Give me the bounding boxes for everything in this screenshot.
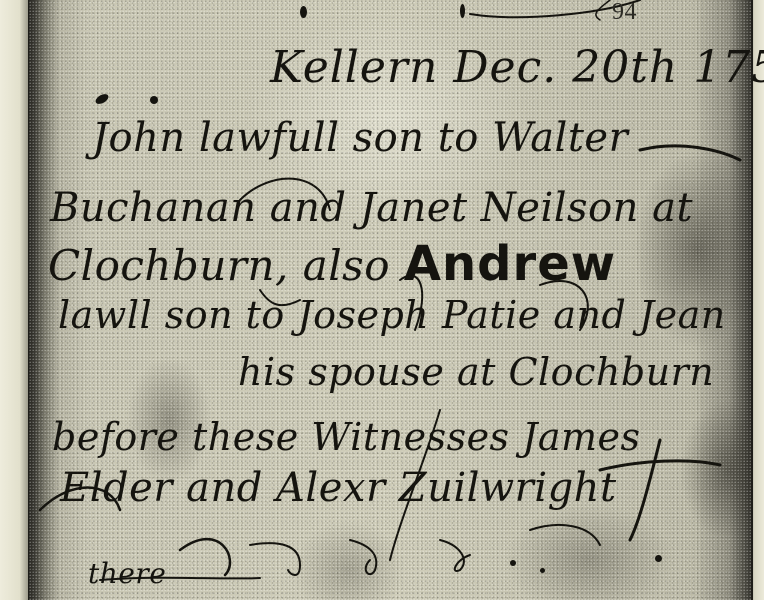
text-line-8: there	[88, 560, 166, 588]
ink-blot	[300, 6, 307, 18]
ink-blot	[540, 568, 545, 573]
text-line-3: Clochburn, also Andrew	[48, 240, 616, 288]
ink-blot	[460, 4, 465, 18]
ink-blot	[655, 555, 662, 562]
text-line-4: lawll son to Joseph Patie and Jean	[58, 296, 726, 334]
scanned-document: 94 Kellern Dec. 20th 1750 John lawfull s…	[0, 0, 764, 600]
ink-blot	[510, 560, 516, 566]
entry-header: Kellern Dec. 20th 1750	[270, 46, 764, 90]
text-line-2: Buchanan and Janet Neilson at	[50, 188, 693, 228]
text-line-3-start: Clochburn, also	[48, 241, 404, 290]
ink-blot	[150, 96, 158, 104]
text-line-7: Elder and Alexr Zuilwright	[60, 468, 617, 508]
page-number: 94	[612, 0, 637, 24]
text-line-6: before these Witnesses James	[52, 418, 641, 456]
emphasized-name: Andrew	[404, 236, 616, 292]
text-line-5: his spouse at Clochburn	[238, 353, 714, 391]
text-line-1: John lawfull son to Walter	[92, 118, 628, 158]
